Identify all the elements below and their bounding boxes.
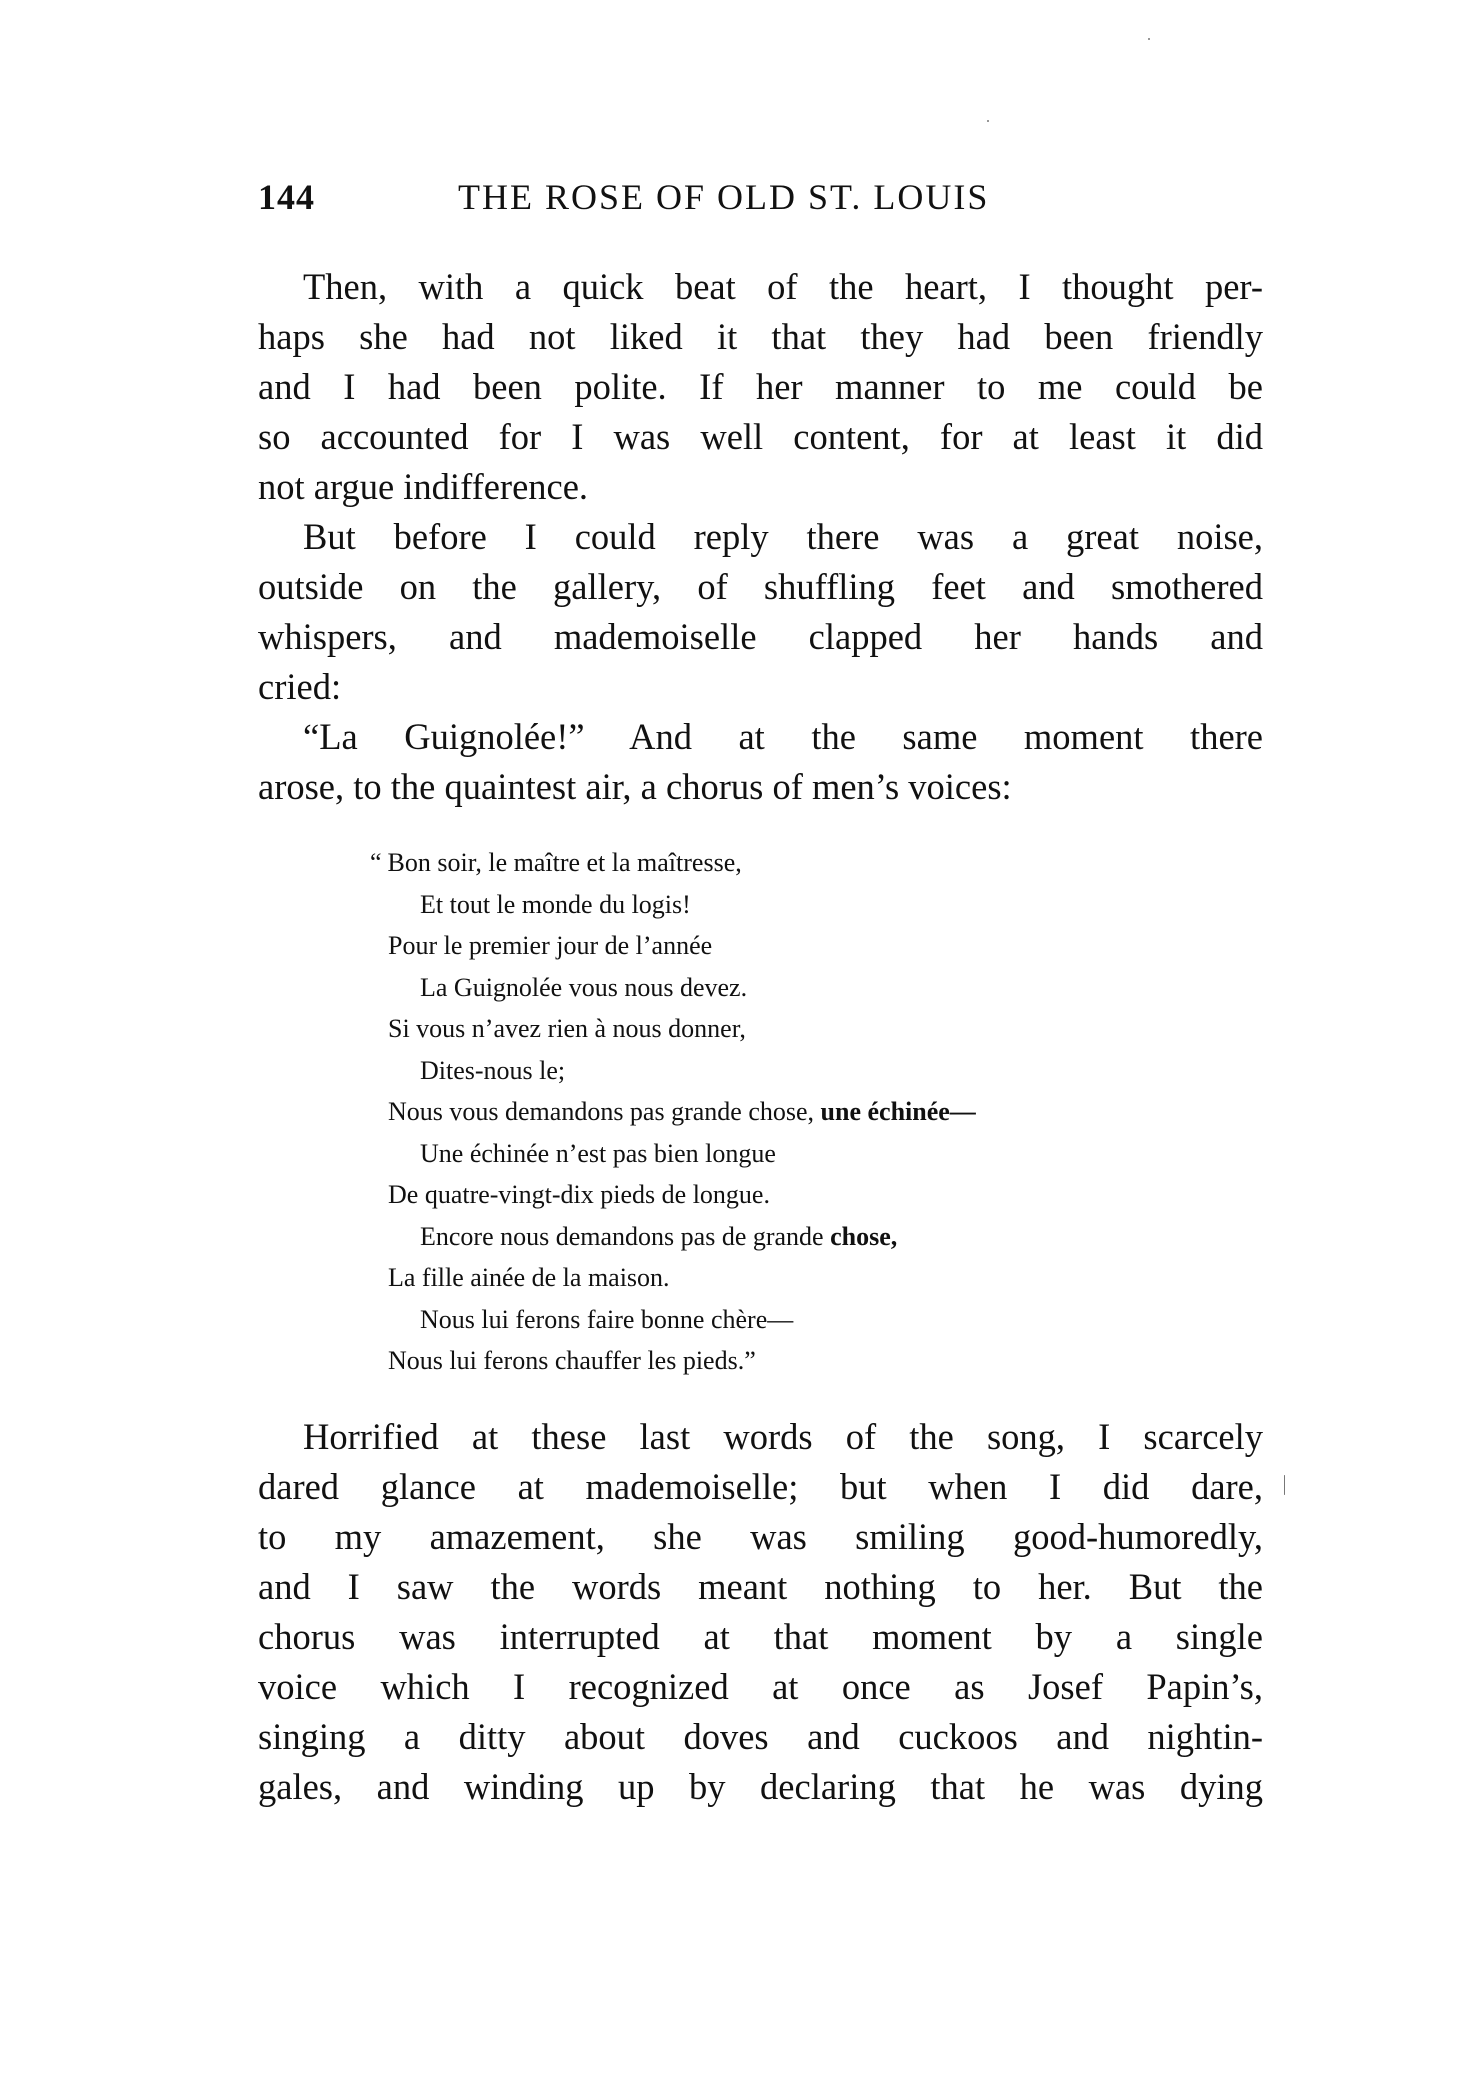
text-line: But before I could reply there was a gre…	[258, 512, 1263, 562]
text-line: singing a ditty about doves and cuckoos …	[258, 1712, 1263, 1762]
verse-line: Et tout le monde du logis!	[360, 884, 1310, 926]
text-line: not argue indifference.	[258, 462, 1263, 512]
paragraph: Horrified at these last words of the son…	[258, 1412, 1263, 1812]
verse-line-text: Bon soir, le maître et la maîtresse,	[388, 848, 742, 877]
text-line: and I had been polite. If her manner to …	[258, 362, 1263, 412]
verse-line: La fille ainée de la maison.	[360, 1257, 1310, 1299]
text-line: haps she had not liked it that they had …	[258, 312, 1263, 362]
open-quote: “	[370, 848, 382, 877]
verse-line: Nous lui ferons chauffer les pieds.”	[360, 1340, 1310, 1382]
text-line: Then, with a quick beat of the heart, I …	[258, 262, 1263, 312]
verse-line: Dites-nous le;	[360, 1050, 1310, 1092]
text-line: “La Guignolée!” And at the same moment t…	[258, 712, 1263, 762]
text-line: cried:	[258, 662, 1263, 712]
song-verse: “Bon soir, le maître et la maîtresse, Et…	[360, 842, 1310, 1382]
verse-line-text: Nous vous demandons pas grande chose,	[388, 1097, 821, 1126]
verse-line: Encore nous demandons pas de grande chos…	[360, 1216, 1310, 1258]
text-line: voice which I recognized at once as Jose…	[258, 1662, 1263, 1712]
scan-speck	[987, 120, 989, 122]
scan-speck	[1284, 1475, 1285, 1495]
paragraph: But before I could reply there was a gre…	[258, 512, 1263, 712]
verse-line: Pour le premier jour de l’année	[360, 925, 1310, 967]
text-line: whispers, and mademoiselle clapped her h…	[258, 612, 1263, 662]
text-line: gales, and winding up by declaring that …	[258, 1762, 1263, 1812]
verse-bold-text: chose,	[830, 1222, 897, 1251]
book-page: 144 THE ROSE OF OLD ST. LOUIS Then, with…	[0, 0, 1471, 2086]
verse-bold-text: une échinée—	[821, 1097, 976, 1126]
verse-line: Si vous n’avez rien à nous donner,	[360, 1008, 1310, 1050]
running-head: 144 THE ROSE OF OLD ST. LOUIS	[258, 172, 1263, 222]
verse-line: De quatre-vingt-dix pieds de longue.	[360, 1174, 1310, 1216]
verse-line: Nous lui ferons faire bonne chère—	[360, 1299, 1310, 1341]
text-line: Horrified at these last words of the son…	[258, 1412, 1263, 1462]
text-line: chorus was interrupted at that moment by…	[258, 1612, 1263, 1662]
running-title: THE ROSE OF OLD ST. LOUIS	[458, 172, 989, 222]
text-line: so accounted for I was well content, for…	[258, 412, 1263, 462]
verse-line-text: Encore nous demandons pas de grande	[420, 1222, 830, 1251]
text-line: to my amazement, she was smiling good-hu…	[258, 1512, 1263, 1562]
text-line: dared glance at mademoiselle; but when I…	[258, 1462, 1263, 1512]
text-line: and I saw the words meant nothing to her…	[258, 1562, 1263, 1612]
verse-line: Une échinée n’est pas bien longue	[360, 1133, 1310, 1175]
verse-line: “Bon soir, le maître et la maîtresse,	[360, 842, 1310, 884]
verse-line: La Guignolée vous nous devez.	[360, 967, 1310, 1009]
paragraph: “La Guignolée!” And at the same moment t…	[258, 712, 1263, 812]
page-number: 144	[258, 172, 315, 222]
verse-line: Nous vous demandons pas grande chose, un…	[360, 1091, 1310, 1133]
scan-speck	[1148, 38, 1150, 40]
paragraph: Then, with a quick beat of the heart, I …	[258, 262, 1263, 512]
text-line: outside on the gallery, of shuffling fee…	[258, 562, 1263, 612]
text-line: arose, to the quaintest air, a chorus of…	[258, 762, 1263, 812]
